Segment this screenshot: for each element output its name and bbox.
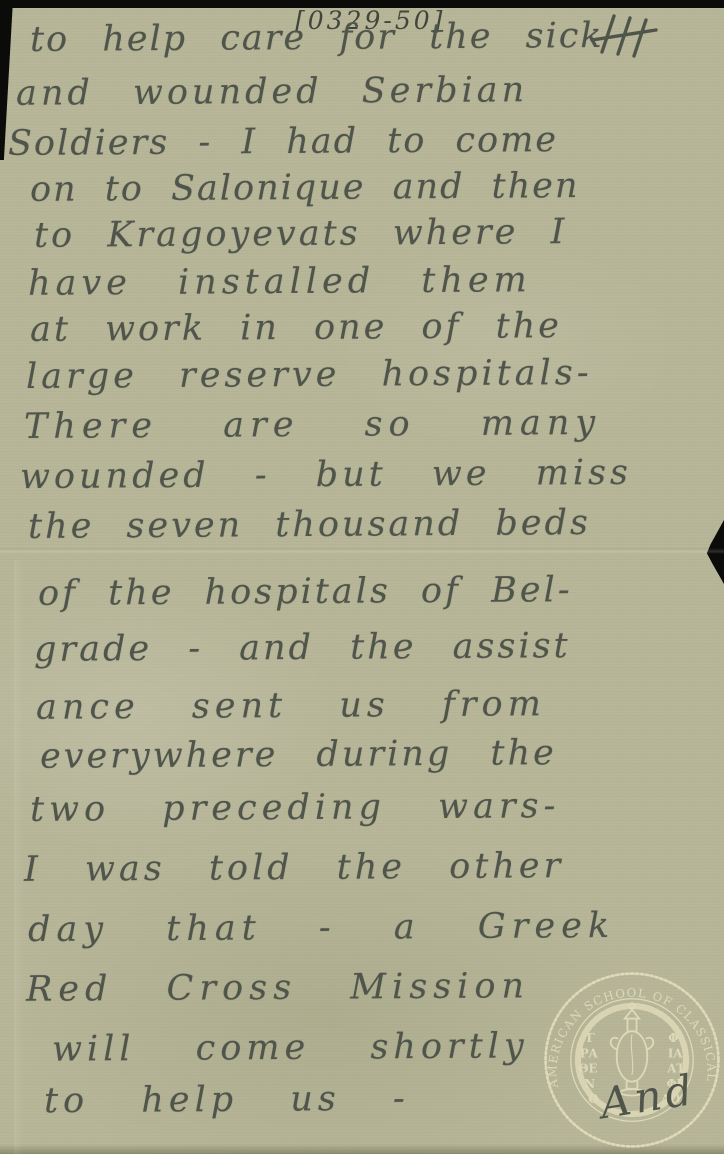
letter-scan-page: AMERICAN SCHOOL OF CLASSICAL STUDIES AT … (0, 0, 724, 1154)
handwriting-line: will come shortly (52, 1026, 529, 1069)
seal-greek-left-4: Ν (584, 1077, 595, 1091)
embossed-seal: AMERICAN SCHOOL OF CLASSICAL STUDIES AT … (542, 966, 722, 1154)
vertical-fold-crease (14, 560, 24, 1154)
seal-greek-right-2: ΙΑ (668, 1046, 683, 1060)
handwriting-line: There are so many (24, 403, 601, 447)
handwriting-line: two preceding wars- (30, 786, 561, 830)
handwriting-line: large reserve hospitals- (26, 353, 593, 397)
handwriting-line: and wounded Serbian (16, 70, 528, 114)
handwriting-line: to help us - (44, 1079, 410, 1122)
handwriting-line: the seven thousand beds (28, 503, 591, 547)
handwriting-line: of the hospitals of Bel- (38, 570, 573, 614)
handwriting-line: to Kragoyevats where I (34, 212, 568, 256)
seal-greek-left-5: Ο (588, 1092, 598, 1106)
handwriting-line: Red Cross Mission (26, 966, 530, 1010)
handwriting-line: day that - a Greek (28, 906, 615, 950)
handwriting-line: on to Salonique and then (30, 166, 580, 210)
handwriting-line: wounded - but we miss (20, 453, 632, 497)
seal-greek-left-2: ΡΑ (580, 1046, 599, 1060)
horizontal-fold-crease (0, 548, 724, 554)
handwriting-line: Soldiers - I had to come (8, 120, 558, 164)
seal-greek-right-1: Φ (668, 1031, 678, 1045)
handwriting-line: to help care for the sick (30, 16, 604, 60)
seal-greek-left-1: Γ (586, 1031, 595, 1045)
handwriting-line: at work in one of the (30, 306, 562, 350)
handwriting-line: grade - and the assist (34, 626, 571, 670)
handwriting-line: everywhere during the (40, 733, 557, 777)
handwriting-line: have installed them (28, 260, 532, 304)
handwriting-line: I was told the other (24, 846, 565, 890)
handwriting-line: ance sent us from (36, 684, 546, 728)
seal-greek-left-3: ΘΕ (578, 1062, 597, 1076)
